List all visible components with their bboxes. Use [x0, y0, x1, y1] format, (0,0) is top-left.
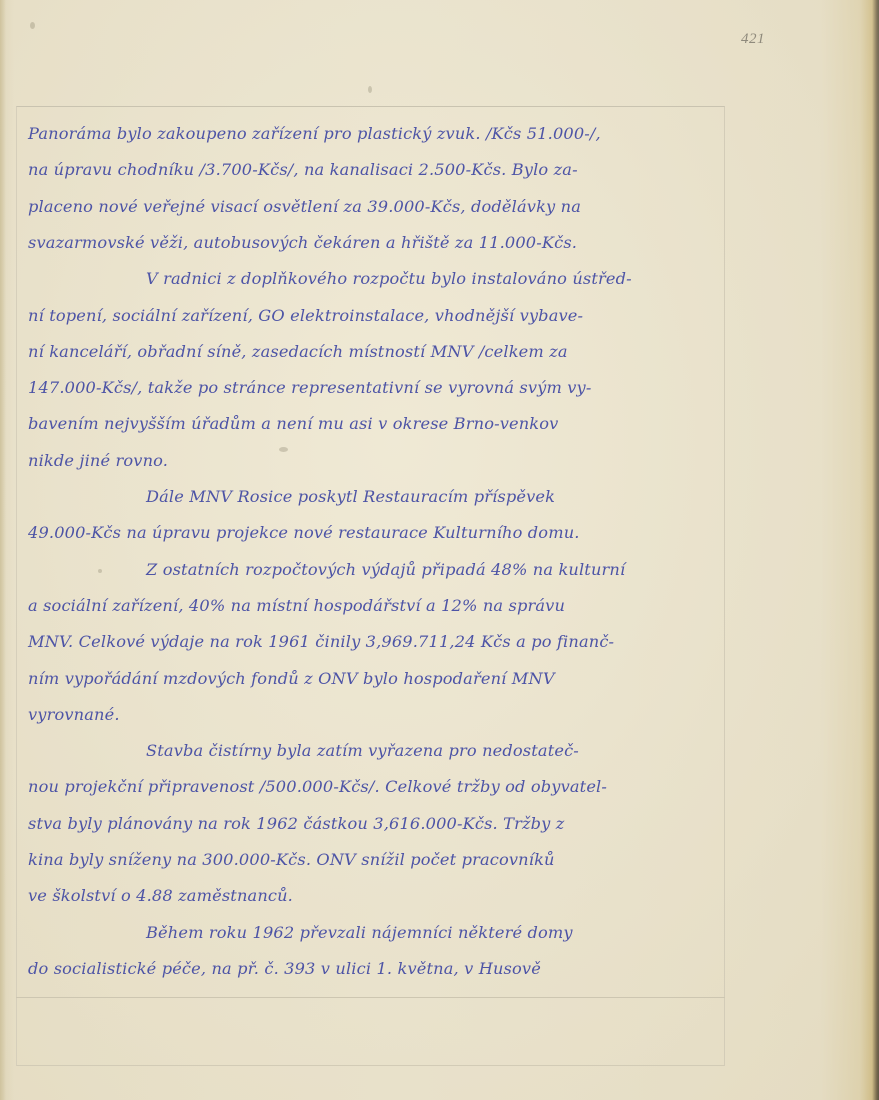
- handwritten-line: V radnici z doplňkového rozpočtu bylo in…: [146, 263, 632, 295]
- handwritten-line: stva byly plánovány na rok 1962 částkou …: [28, 808, 564, 840]
- ruled-frame-bottom-line: [16, 997, 725, 998]
- handwritten-line: bavením nejvyšším úřadům a není mu asi v…: [28, 408, 558, 440]
- handwritten-line: na úpravu chodníku /3.700-Kčs/, na kanal…: [28, 154, 578, 186]
- handwritten-line: do socialistické péče, na př. č. 393 v u…: [28, 953, 541, 985]
- page-left-edge-shadow: [0, 0, 6, 1100]
- handwritten-line: nikde jiné rovno.: [28, 445, 168, 477]
- handwritten-line: Stavba čistírny byla zatím vyřazena pro …: [146, 735, 579, 767]
- handwritten-line: MNV. Celkové výdaje na rok 1961 činily 3…: [28, 626, 614, 658]
- handwritten-line: Z ostatních rozpočtových výdajů připadá …: [146, 554, 625, 586]
- handwritten-line: kina byly sníženy na 300.000-Kčs. ONV sn…: [28, 844, 555, 876]
- chronicle-page: 421 Panoráma bylo zakoupeno zařízení pro…: [0, 0, 879, 1100]
- handwritten-line: Během roku 1962 převzali nájemníci někte…: [146, 917, 573, 949]
- handwritten-line: nou projekční připravenost /500.000-Kčs/…: [28, 771, 607, 803]
- handwritten-line: ní topení, sociální zařízení, GO elektro…: [28, 300, 583, 332]
- paper-spot: [279, 447, 288, 452]
- page-number: 421: [741, 31, 765, 48]
- handwritten-line: 147.000-Kčs/, takže po stránce represent…: [28, 372, 591, 404]
- handwritten-line: ve školství o 4.88 zaměstnanců.: [28, 880, 293, 912]
- paper-spot: [30, 22, 35, 29]
- handwritten-line: svazarmovské věži, autobusových čekáren …: [28, 227, 577, 259]
- handwritten-line: Dále MNV Rosice poskytl Restauracím přís…: [146, 481, 555, 513]
- handwritten-line: vyrovnané.: [28, 699, 120, 731]
- handwritten-line: placeno nové veřejné visací osvětlení za…: [28, 191, 581, 223]
- handwritten-line: ním vypořádání mzdových fondů z ONV bylo…: [28, 663, 555, 695]
- paper-spot: [98, 569, 102, 573]
- handwritten-line: Panoráma bylo zakoupeno zařízení pro pla…: [28, 118, 601, 150]
- handwritten-line: a sociální zařízení, 40% na místní hospo…: [28, 590, 565, 622]
- handwritten-line: ní kanceláří, obřadní síně, zasedacích m…: [28, 336, 568, 368]
- handwritten-line: 49.000-Kčs na úpravu projekce nové resta…: [28, 517, 580, 549]
- paper-spot: [368, 86, 372, 93]
